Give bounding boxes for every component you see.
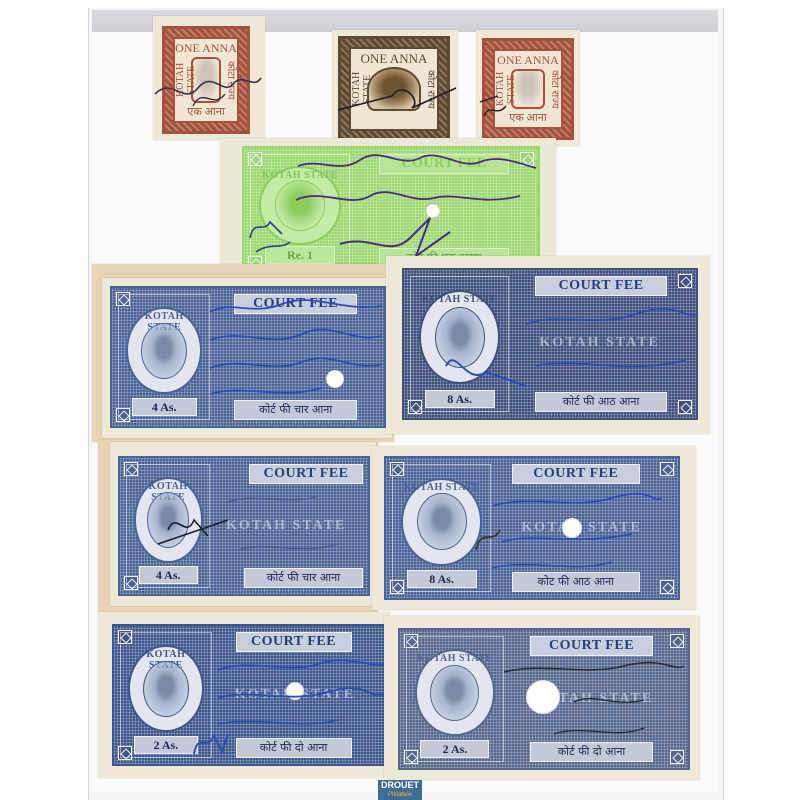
stamp-title: COURT FEE [236, 632, 352, 652]
stamp-hindi-value: कोट फी आठ आना [512, 572, 640, 592]
stamp-hindi-side-text: कोटा राज्य [223, 57, 237, 103]
stamp-hindi-value: कोर्ट फी चार आना [234, 400, 356, 420]
stamp-center-text: KOTAH STATE [214, 518, 358, 534]
portrait-icon [275, 180, 325, 231]
revenue-stamp-1: ONE ANNA KOTAH STATE कोटा राज्य एक आना [153, 16, 265, 140]
portrait-icon [147, 492, 189, 547]
stamp-hindi-value: कोर्ट फी दो आना [530, 742, 654, 762]
portrait-icon [430, 665, 479, 721]
stamp-hindi-side-text: कोटा राज्य [547, 69, 561, 109]
court-fee-stamp-4as-1: KOTAH STATE 4 As. COURT FEE कोर्ट फी चार… [92, 264, 394, 442]
watermark-line1: DROUET [381, 780, 419, 790]
stamp-hindi-value: एक आना [495, 110, 561, 125]
stamp-value-text: ONE ANNA [175, 41, 237, 56]
punch-hole [562, 518, 582, 538]
stamp-state-text: KOTAH STATE [495, 69, 509, 109]
stamp-title: COURT FEE [530, 636, 654, 656]
dealer-watermark: DROUET Philatelie [378, 780, 422, 800]
stamp-value-box: 4 As. [132, 398, 197, 416]
stamp-title: COURT FEE [535, 276, 666, 296]
stamp-hindi-value: कोर्ट फी दो आना [236, 738, 352, 758]
court-fee-stamp-4as-2: KOTAH STATE 4 As. COURT FEE KOTAH STATE … [98, 440, 378, 612]
punch-hole [426, 204, 440, 218]
portrait-icon [417, 493, 467, 550]
stamp-value-text: ONE ANNA [351, 51, 437, 67]
portrait-icon [435, 307, 485, 368]
watermark-line2: Philatelie [378, 790, 422, 800]
stamp-state-text: KOTAH STATE [351, 67, 365, 111]
stamp-hindi-value: कोर्ट फी चार आना [244, 568, 363, 588]
stamp-value-box: 8 As. [407, 570, 477, 588]
revenue-stamp-3: ONE ANNA KOTAH STATE कोटा राज्य एक आना [476, 30, 580, 146]
stamp-center-text: KOTAH STATE [515, 335, 684, 351]
portrait-icon [367, 67, 421, 111]
stamp-title: COURT FEE [249, 464, 363, 484]
stamp-hindi-side-text: कोटा राज्य [423, 67, 437, 111]
punch-hole [526, 680, 560, 714]
stamp-hindi-value: एक आना [175, 104, 237, 119]
stamp-state-text: KOTAH STATE [421, 294, 499, 305]
stamp-title: COURT FEE [234, 294, 356, 314]
court-fee-stamp-8as-1: KOTAH STATE 8 As. COURT FEE KOTAH STATE … [386, 256, 710, 434]
stamp-title: COURT FEE [512, 464, 640, 484]
stamp-state-text: KOTAH STATE [175, 57, 189, 103]
portrait-icon [511, 69, 545, 109]
stamp-title: COURT FEE [379, 154, 508, 174]
stamp-value-text: ONE ANNA [495, 53, 561, 68]
stamp-value-box: 2 As. [134, 736, 199, 754]
court-fee-stamp-2as-2: KOTAH STATE 2 As. COURT FEE KOTAH STATE … [384, 616, 700, 780]
punch-hole [326, 370, 344, 388]
portrait-icon [191, 57, 221, 103]
stamp-state-text: KOTAH STATE [417, 653, 494, 664]
portrait-icon [141, 323, 187, 379]
stamp-value-box: 8 As. [425, 390, 495, 408]
stamp-state-text: KOTAH STATE [403, 482, 481, 493]
stamp-value-box: 4 As. [139, 566, 198, 584]
revenue-stamp-2: ONE ANNA KOTAH STATE कोटा राज्य [332, 30, 458, 142]
stamp-value-box: 2 As. [420, 740, 489, 758]
stamp-hindi-value: कोर्ट फी आठ आना [535, 392, 666, 412]
court-fee-stamp-2as-1: KOTAH STATE 2 As. COURT FEE KOTAH STATE … [98, 612, 390, 778]
punch-hole [286, 682, 304, 700]
court-fee-stamp-8as-2: KOTAH STATE 8 As. COURT FEE KOTAH STATE … [372, 446, 696, 610]
stamp-value-box: Re. 1 [265, 246, 336, 264]
portrait-icon [143, 661, 189, 717]
